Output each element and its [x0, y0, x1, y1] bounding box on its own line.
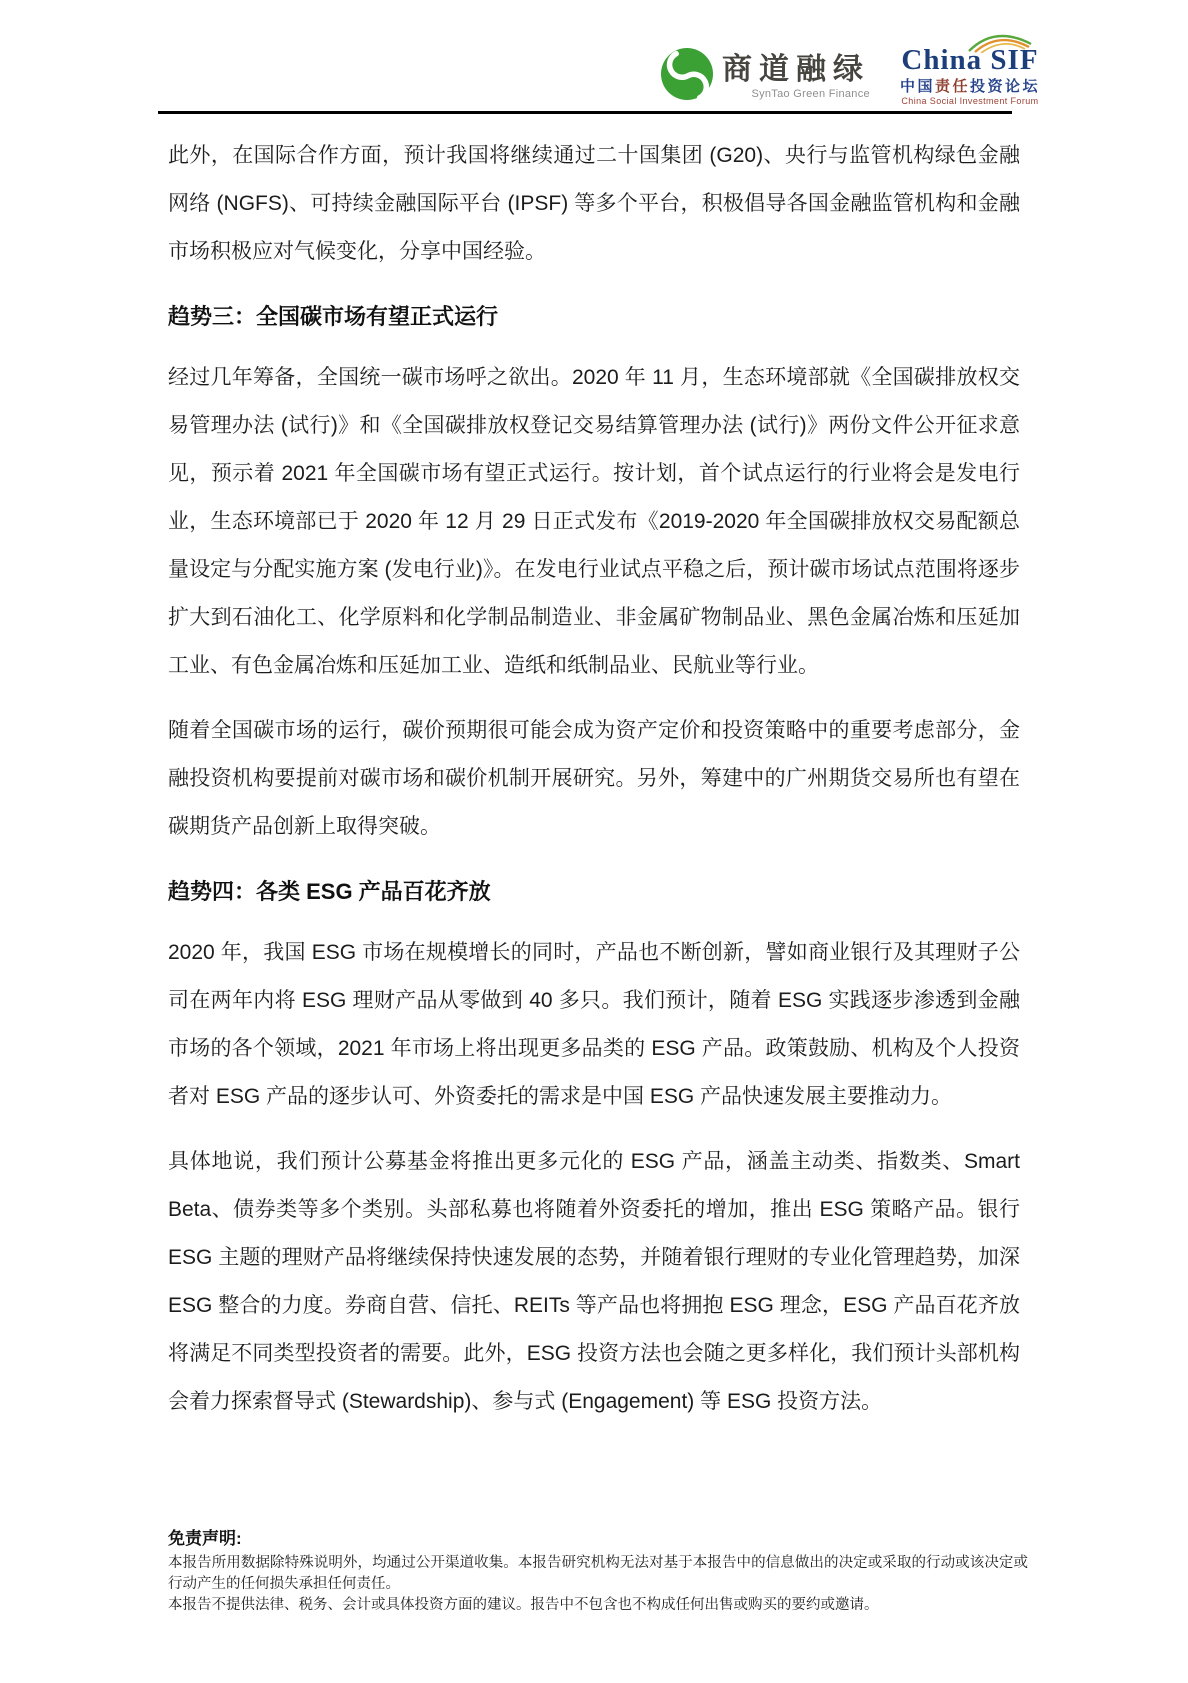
document-body: 此外，在国际合作方面，预计我国将继续通过二十国集团 (G20)、央行与监管机构绿… [168, 132, 1020, 1443]
report-page: 商道融绿 SynTao Green Finance China SIF 中国责任… [0, 0, 1188, 1683]
chinasif-cn-part: 投资论坛 [970, 78, 1040, 95]
heading-trend-three: 趋势三：全国碳市场有望正式运行 [168, 293, 1020, 341]
paragraph-esg-products: 2020 年，我国 ESG 市场在规模增长的同时，产品也不断创新，譬如商业银行及… [168, 929, 1020, 1121]
paragraph-carbon-price: 随着全国碳市场的运行，碳价预期很可能会成为资产定价和投资策略中的重要考虑部分，金… [168, 707, 1020, 851]
chinasif-cn-part: 中国 [900, 78, 935, 95]
header-divider [158, 111, 1012, 114]
page-header: 商道融绿 SynTao Green Finance China SIF 中国责任… [660, 46, 1040, 106]
syntao-calligraphy: 商道融绿 [722, 53, 870, 87]
chinasif-logo: China SIF 中国责任投资论坛 China Social Investme… [900, 46, 1040, 106]
chinasif-title-wrap: China SIF [901, 46, 1038, 75]
paragraph-carbon-market: 经过几年筹备，全国统一碳市场呼之欲出。2020 年 11 月，生态环境部就《全国… [168, 354, 1020, 690]
chinasif-subtitle-cn: 中国责任投资论坛 [900, 79, 1040, 94]
chinasif-subtitle-en: China Social Investment Forum [901, 97, 1038, 106]
disclaimer-line: 本报告所用数据除特殊说明外，均通过公开渠道收集。本报告研究机构无法对基于本报告中… [168, 1553, 1028, 1595]
disclaimer-heading: 免责声明: [168, 1528, 1028, 1550]
syntao-logo-text: 商道融绿 SynTao Green Finance [722, 53, 870, 100]
paragraph-esg-product-types: 具体地说，我们预计公募基金将推出更多元化的 ESG 产品，涵盖主动类、指数类、S… [168, 1138, 1020, 1426]
paragraph-international-cooperation: 此外，在国际合作方面，预计我国将继续通过二十国集团 (G20)、央行与监管机构绿… [168, 132, 1020, 276]
syntao-subtitle: SynTao Green Finance [751, 88, 870, 100]
syntao-leaf-swirl-icon [660, 47, 714, 106]
chinasif-arc-icon [963, 31, 1035, 57]
heading-trend-four: 趋势四：各类 ESG 产品百花齐放 [168, 868, 1020, 916]
chinasif-cn-part: 责任 [935, 78, 970, 95]
disclaimer-line: 本报告不提供法律、税务、会计或具体投资方面的建议。报告中不包含也不构成任何出售或… [168, 1595, 1028, 1616]
disclaimer-footer: 免责声明: 本报告所用数据除特殊说明外，均通过公开渠道收集。本报告研究机构无法对… [168, 1524, 1028, 1616]
syntao-logo: 商道融绿 SynTao Green Finance [660, 47, 870, 106]
